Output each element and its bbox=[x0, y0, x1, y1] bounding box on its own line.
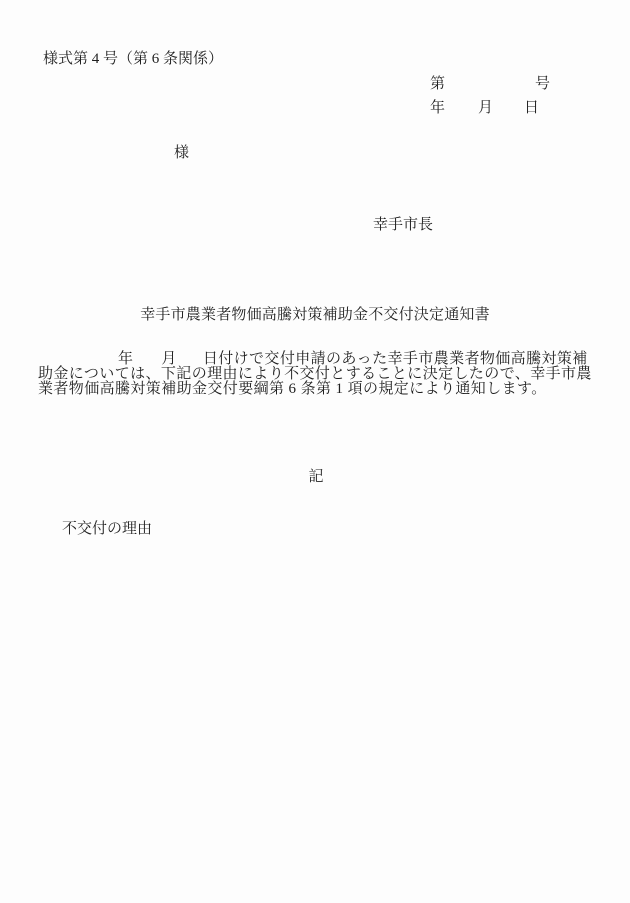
document-number-line: 第号 bbox=[430, 77, 550, 92]
body-date-month-label: 月 bbox=[161, 351, 176, 367]
doc-number-suffix: 号 bbox=[535, 76, 550, 92]
notice-document-page: 様式第 4 号（第 6 条関係） 第号 年月日 様 幸手市長 幸手市農業者物価高… bbox=[0, 0, 630, 903]
body-paragraph: 年月日付けで交付申請のあった幸手市農業者物価高騰対策補 助金については、下記の理… bbox=[38, 352, 594, 397]
date-year-label: 年 bbox=[430, 100, 445, 116]
doc-number-prefix: 第 bbox=[430, 76, 445, 92]
issue-date-line: 年月日 bbox=[430, 101, 539, 116]
body-line-1-text: 付けで交付申請のあった幸手市農業者物価高騰対策補 bbox=[218, 351, 587, 367]
body-line-2: 助金については、下記の理由により不交付とすることに決定したので、幸手市農 bbox=[38, 367, 594, 382]
non-grant-reason-label: 不交付の理由 bbox=[62, 522, 152, 537]
body-line-1: 年月日付けで交付申請のあった幸手市農業者物価高騰対策補 bbox=[38, 352, 594, 367]
body-date-year-label: 年 bbox=[118, 351, 133, 367]
sender-title: 幸手市長 bbox=[373, 218, 433, 233]
addressee-honorific: 様 bbox=[174, 146, 189, 161]
date-day-label: 日 bbox=[524, 100, 539, 116]
date-month-label: 月 bbox=[478, 100, 493, 116]
document-title: 幸手市農業者物価高騰対策補助金不交付決定通知書 bbox=[0, 308, 630, 323]
body-date-day-label: 日 bbox=[203, 351, 218, 367]
body-line-3: 業者物価高騰対策補助金交付要綱第 6 条第 1 項の規定により通知します。 bbox=[38, 382, 594, 397]
record-marker: 記 bbox=[38, 470, 594, 485]
form-number-label: 様式第 4 号（第 6 条関係） bbox=[43, 52, 223, 67]
